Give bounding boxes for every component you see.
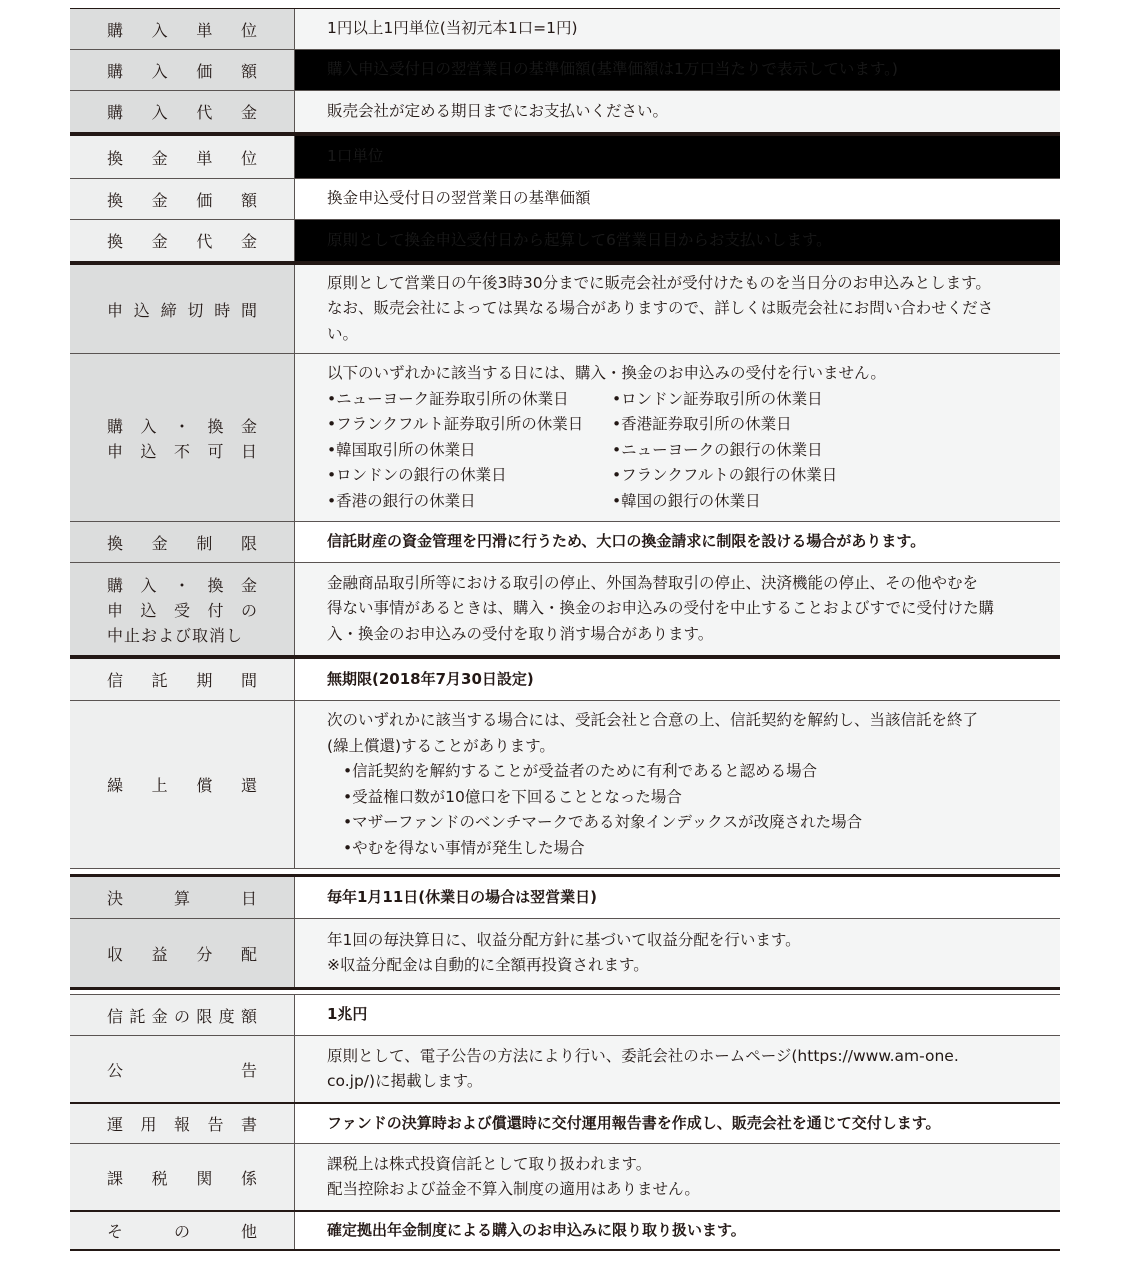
- label-char: 限: [241, 531, 257, 554]
- list-item: •信託契約を解約することが受益者のために有利であると認める場合: [327, 759, 1040, 785]
- table-row-purchase-payment: 購入代金 販売会社が定める期日までにお支払いください。: [70, 90, 1060, 132]
- row-value: ファンドの決算時および償還時に交付運用報告書を作成し、販売会社を通じて交付します…: [295, 1104, 1060, 1143]
- value-line: なお、販売会社によっては異なる場合がありますので、詳しくは販売会社にお問い合わせ…: [327, 296, 1040, 322]
- row-value: 以下のいずれかに該当する日には、購入・換金のお申込みの受付を行いません。 •ニュ…: [295, 354, 1060, 521]
- table-row-order-cutoff: 申込締切時間 原則として営業日の午後3時30分までに販売会社が受付けたものを当日…: [70, 261, 1060, 353]
- label-char: 額: [241, 1004, 257, 1027]
- row-value: 換金申込受付日の翌営業日の基準価額: [295, 179, 1060, 219]
- row-label: 公告: [70, 1036, 295, 1102]
- label-char: 金: [152, 531, 168, 554]
- list-item: •フランクフルトの銀行の休業日: [612, 463, 1040, 489]
- label-char: 換: [207, 414, 223, 437]
- row-value: 金融商品取引所等における取引の停止、外国為替取引の停止、決済機能の停止、その他や…: [295, 563, 1060, 655]
- label-char: 購: [107, 100, 123, 123]
- label-char: 代: [196, 100, 212, 123]
- list-item: •フランクフルト証券取引所の休業日: [327, 412, 612, 438]
- row-label: 購入・換金 申込不可日: [70, 354, 295, 521]
- label-char: 単: [196, 18, 212, 41]
- table-row-early-redemption: 繰上償還 次のいずれかに該当する場合には、受託会社と合意の上、信託契約を解約し、…: [70, 700, 1060, 868]
- label-char: 期: [196, 668, 212, 691]
- label-char: 不: [174, 439, 190, 462]
- label-char: 代: [196, 229, 212, 252]
- table-row-public-notice: 公告 原則として、電子公告の方法により行い、委託会社のホームページ(https:…: [70, 1035, 1060, 1102]
- row-label: 購入・換金 申込受付の 中止および取消し: [70, 563, 295, 655]
- label-char: 関: [196, 1166, 212, 1189]
- label-char: 課: [107, 1166, 123, 1189]
- label-char: 金: [241, 573, 257, 596]
- label-char: の: [241, 598, 257, 621]
- label-char: 切: [187, 298, 203, 321]
- label-char: 購: [107, 59, 123, 82]
- label-char: 込: [134, 298, 150, 321]
- label-char: 換: [107, 531, 123, 554]
- row-value: 原則として、電子公告の方法により行い、委託会社のホームページ(https://w…: [295, 1036, 1060, 1102]
- list-item: •韓国の銀行の休業日: [612, 489, 1040, 515]
- row-label: 決算日: [70, 877, 295, 918]
- value-line: 原則として、電子公告の方法により行い、委託会社のホームページ(https://w…: [327, 1044, 1040, 1070]
- label-char: 制: [196, 531, 212, 554]
- row-label: 信託期間: [70, 659, 295, 700]
- table-row-closing-date: 決算日 毎年1月11日(休業日の場合は翌営業日): [70, 868, 1060, 918]
- label-char: 分: [196, 942, 212, 965]
- label-char: 価: [196, 59, 212, 82]
- row-value: 確定拠出年金制度による購入のお申込みに限り取り扱います。: [295, 1212, 1060, 1249]
- label-char: 位: [241, 18, 257, 41]
- list-item: •香港の銀行の休業日: [327, 489, 612, 515]
- label-char: 申: [107, 298, 123, 321]
- value-line: 得ない事情があるときは、購入・換金のお申込みの受付を中止することおよびすでに受付…: [327, 596, 1040, 622]
- label-char: 購: [107, 414, 123, 437]
- row-value: 毎年1月11日(休業日の場合は翌営業日): [295, 877, 1060, 918]
- row-label: 申込締切時間: [70, 265, 295, 353]
- row-label: 換金価額: [70, 179, 295, 219]
- label-char: 金: [241, 100, 257, 123]
- label-char: 入: [152, 59, 168, 82]
- label-char: 告: [241, 1058, 257, 1081]
- list-item: •ニューヨークの銀行の休業日: [612, 438, 1040, 464]
- label-char: 額: [241, 188, 257, 211]
- label-char: 償: [196, 773, 212, 796]
- value-line: い。: [327, 322, 1040, 348]
- list-item: •ニューヨーク証券取引所の休業日: [327, 387, 612, 413]
- list-item: •マザーファンドのベンチマークである対象インデックスが改廃された場合: [327, 810, 1040, 836]
- label-char: 込: [140, 439, 156, 462]
- table-row-other: その他 確定拠出年金制度による購入のお申込みに限り取り扱います。: [70, 1210, 1060, 1251]
- label-char: 申: [107, 439, 123, 462]
- label-char: 金: [152, 188, 168, 211]
- label-char: 単: [196, 146, 212, 169]
- value-line: 配当控除および益金不算入制度の適用はありません。: [327, 1177, 1040, 1203]
- table-row-suspension-cancellation: 購入・換金 申込受付の 中止および取消し 金融商品取引所等における取引の停止、外…: [70, 562, 1060, 655]
- table-row-redemption-payment: 換金代金 原則として換金申込受付日から起算して6営業日目からお支払いします。: [70, 219, 1060, 261]
- row-label: 換金代金: [70, 220, 295, 261]
- label-char: 時: [214, 298, 230, 321]
- value-line: 入・換金のお申込みの受付を取り消す場合があります。: [327, 622, 1040, 648]
- table-row-distribution: 収益分配 年1回の毎決算日に、収益分配方針に基づいて収益分配を行います。 ※収益…: [70, 918, 1060, 987]
- row-label: 購入代金: [70, 91, 295, 132]
- row-value: 次のいずれかに該当する場合には、受託会社と合意の上、信託契約を解約し、当該信託を…: [295, 701, 1060, 868]
- value-intro: 以下のいずれかに該当する日には、購入・換金のお申込みの受付を行いません。: [327, 361, 1040, 387]
- table-row-taxation: 課税関係 課税上は株式投資信託として取り扱われます。 配当控除および益金不算入制…: [70, 1143, 1060, 1210]
- table-row-non-acceptance-days: 購入・換金 申込不可日 以下のいずれかに該当する日には、購入・換金のお申込みの受…: [70, 353, 1060, 521]
- label-char: 締: [161, 298, 177, 321]
- label-text: 中止および取消し: [107, 623, 243, 646]
- label-char: 繰: [107, 773, 123, 796]
- label-char: 信: [107, 668, 123, 691]
- label-char: 入: [140, 573, 156, 596]
- label-char: 金: [152, 1004, 168, 1027]
- label-char: の: [174, 1004, 190, 1027]
- value-line: 原則として営業日の午後3時30分までに販売会社が受付けたものを当日分のお申込みと…: [327, 271, 1040, 297]
- value-line: ※収益分配金は自動的に全額再投資されます。: [327, 953, 1040, 979]
- label-char: 換: [107, 188, 123, 211]
- row-label: 購入単位: [70, 9, 295, 49]
- label-char: 入: [152, 18, 168, 41]
- label-char: 書: [241, 1112, 257, 1135]
- label-char: 配: [241, 942, 257, 965]
- label-char: 間: [241, 668, 257, 691]
- fund-terms-table: 購入単位 1円以上1円単位(当初元本1口=1円) 購入価額 購入申込受付日の翌営…: [70, 8, 1060, 1251]
- row-value: 販売会社が定める期日までにお支払いください。: [295, 91, 1060, 132]
- label-char: ・: [174, 414, 190, 437]
- row-value: 信託財産の資金管理を円滑に行うため、大口の換金請求に制限を設ける場合があります。: [295, 522, 1060, 562]
- label-char: 金: [241, 414, 257, 437]
- table-row-purchase-unit: 購入単位 1円以上1円単位(当初元本1口=1円): [70, 8, 1060, 49]
- row-value: 課税上は株式投資信託として取り扱われます。 配当控除および益金不算入制度の適用は…: [295, 1144, 1060, 1210]
- label-char: 還: [241, 773, 257, 796]
- value-line: 課税上は株式投資信託として取り扱われます。: [327, 1152, 1040, 1178]
- label-char: 購: [107, 18, 123, 41]
- list-item: •やむを得ない事情が発生した場合: [327, 836, 1040, 862]
- row-value: 無期限(2018年7月30日設定): [295, 659, 1060, 700]
- label-char: 収: [107, 942, 123, 965]
- value-line: (繰上償還)することがあります。: [327, 734, 1040, 760]
- label-char: ・: [174, 573, 190, 596]
- label-char: 付: [207, 598, 223, 621]
- label-char: 購: [107, 573, 123, 596]
- table-row-management-report: 運用報告書 ファンドの決算時および償還時に交付運用報告書を作成し、販売会社を通じ…: [70, 1102, 1060, 1143]
- list-item: •ロンドン証券取引所の休業日: [612, 387, 1040, 413]
- value-line: 次のいずれかに該当する場合には、受託会社と合意の上、信託契約を解約し、当該信託を…: [327, 708, 1040, 734]
- row-label: 信託金の限度額: [70, 995, 295, 1035]
- label-char: 換: [207, 573, 223, 596]
- label-char: 金: [152, 229, 168, 252]
- row-label: 換金制限: [70, 522, 295, 562]
- row-label: 運用報告書: [70, 1104, 295, 1143]
- row-value: 原則として営業日の午後3時30分までに販売会社が受付けたものを当日分のお申込みと…: [295, 265, 1060, 353]
- label-char: 他: [241, 1219, 257, 1242]
- row-value: 1兆円: [295, 995, 1060, 1035]
- label-char: 価: [196, 188, 212, 211]
- label-char: 告: [207, 1112, 223, 1135]
- label-char: 託: [152, 668, 168, 691]
- row-value-redacted: 購入申込受付日の翌営業日の基準価額(基準価額は1万口当たりで表示しています。): [295, 50, 1060, 90]
- label-char: 換: [107, 146, 123, 169]
- label-char: 度: [219, 1004, 235, 1027]
- label-char: 換: [107, 229, 123, 252]
- holiday-list: •ニューヨーク証券取引所の休業日•ロンドン証券取引所の休業日 •フランクフルト証…: [327, 387, 1040, 515]
- table-row-redemption-limit: 換金制限 信託財産の資金管理を円滑に行うため、大口の換金請求に制限を設ける場合が…: [70, 521, 1060, 562]
- label-char: 上: [152, 773, 168, 796]
- label-char: 申: [107, 598, 123, 621]
- row-value-redacted: 1口単位: [295, 136, 1060, 178]
- label-char: 入: [140, 414, 156, 437]
- list-item: •香港証券取引所の休業日: [612, 412, 1040, 438]
- label-char: 限: [196, 1004, 212, 1027]
- row-value: 年1回の毎決算日に、収益分配方針に基づいて収益分配を行います。 ※収益分配金は自…: [295, 919, 1060, 987]
- label-char: 間: [241, 298, 257, 321]
- value-line: 金融商品取引所等における取引の停止、外国為替取引の停止、決済機能の停止、その他や…: [327, 571, 1040, 597]
- label-char: 税: [152, 1166, 168, 1189]
- table-row-trust-period: 信託期間 無期限(2018年7月30日設定): [70, 655, 1060, 700]
- table-row-redemption-price: 換金価額 換金申込受付日の翌営業日の基準価額: [70, 178, 1060, 219]
- list-item: •ロンドンの銀行の休業日: [327, 463, 612, 489]
- table-row-redemption-unit: 換金単位 1口単位: [70, 132, 1060, 178]
- list-item: •韓国取引所の休業日: [327, 438, 612, 464]
- label-char: 日: [241, 886, 257, 909]
- label-char: 報: [174, 1112, 190, 1135]
- row-label: 購入価額: [70, 50, 295, 90]
- row-label: 換金単位: [70, 136, 295, 178]
- row-label: その他: [70, 1212, 295, 1249]
- label-char: 公: [107, 1058, 123, 1081]
- row-value-redacted: 原則として換金申込受付日から起算して6営業日目からお支払いします。: [295, 220, 1060, 261]
- label-char: 込: [140, 598, 156, 621]
- label-char: 金: [152, 146, 168, 169]
- label-char: 決: [107, 886, 123, 909]
- label-char: 信: [107, 1004, 123, 1027]
- label-char: 益: [152, 942, 168, 965]
- table-row-purchase-price: 購入価額 購入申込受付日の翌営業日の基準価額(基準価額は1万口当たりで表示してい…: [70, 49, 1060, 90]
- label-char: そ: [107, 1219, 123, 1242]
- table-row-trust-limit: 信託金の限度額 1兆円: [70, 987, 1060, 1035]
- row-label: 課税関係: [70, 1144, 295, 1210]
- label-char: の: [174, 1219, 190, 1242]
- label-char: 可: [207, 439, 223, 462]
- label-char: 位: [241, 146, 257, 169]
- label-char: 受: [174, 598, 190, 621]
- row-label: 繰上償還: [70, 701, 295, 868]
- label-char: 入: [152, 100, 168, 123]
- label-char: 日: [241, 439, 257, 462]
- value-line: 年1回の毎決算日に、収益分配方針に基づいて収益分配を行います。: [327, 928, 1040, 954]
- value-line: co.jp/)に掲載します。: [327, 1069, 1040, 1095]
- label-char: 用: [140, 1112, 156, 1135]
- label-char: 係: [241, 1166, 257, 1189]
- label-char: 額: [241, 59, 257, 82]
- list-item: •受益権口数が10億口を下回ることとなった場合: [327, 785, 1040, 811]
- row-label: 収益分配: [70, 919, 295, 987]
- label-char: 託: [129, 1004, 145, 1027]
- label-char: 金: [241, 229, 257, 252]
- label-char: 運: [107, 1112, 123, 1135]
- row-value: 1円以上1円単位(当初元本1口=1円): [295, 9, 1060, 49]
- label-char: 算: [174, 886, 190, 909]
